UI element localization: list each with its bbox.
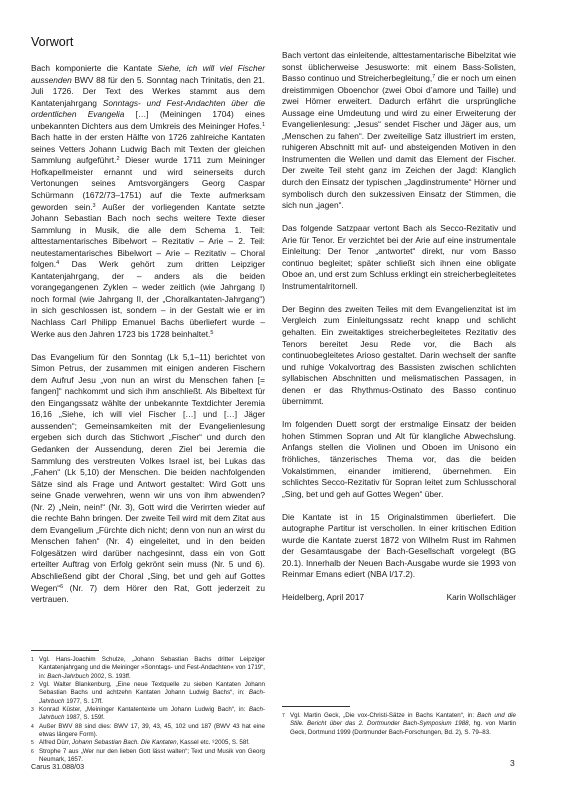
page-title: Vorwort — [31, 35, 73, 49]
footnote-text: Außer BWV 88 sind dies: BWV 17, 39, 43, … — [39, 723, 265, 740]
paragraph: Im folgenden Duett sorgt der erstmalige … — [282, 419, 516, 500]
paragraph: Bach vertont das einleitende, alttestame… — [282, 50, 516, 212]
signature: Heidelberg, April 2017 Karin Wollschläge… — [282, 592, 516, 604]
paragraph: Die Kantate ist in 15 Originalstimmen üb… — [282, 512, 516, 581]
footnote-text: Konrad Küster, „Meininger Kantatentexte … — [39, 706, 265, 723]
footnote-text: Vgl. Walter Blankenburg, „Eine neue Text… — [39, 681, 265, 706]
footnote-rule-right — [282, 706, 350, 707]
right-column: Bach vertont das einleitende, alttestame… — [282, 50, 516, 604]
footnote: 1Vgl. Hans-Joachim Schulze, „Johann Seba… — [31, 656, 265, 681]
footnote-rule-left — [31, 650, 99, 651]
document-page: Vorwort Bach komponierte die Kantate Sie… — [0, 0, 563, 800]
footnote: 5Alfred Dürr, Johann Sebastian Bach. Die… — [31, 739, 265, 747]
footnote-text: Vgl. Martin Geck, „Die vox-Christi-Sätze… — [290, 712, 516, 737]
footnote-ref: 5 — [210, 330, 213, 336]
signature-author: Karin Wollschläger — [447, 592, 516, 604]
footnote-ref: 7 — [432, 74, 435, 80]
page-number: 3 — [510, 758, 515, 768]
paragraph: Der Beginn des zweiten Teiles mit dem Ev… — [282, 304, 516, 408]
paragraph: Das folgende Satzpaar vertont Bach als S… — [282, 223, 516, 292]
footnote-number: 5 — [31, 739, 39, 747]
footnote-number: 2 — [31, 681, 39, 706]
footnote: 3Konrad Küster, „Meininger Kantatentexte… — [31, 706, 265, 723]
footnote-ref: 4 — [56, 260, 59, 266]
footnotes-left: 1Vgl. Hans-Joachim Schulze, „Johann Seba… — [31, 656, 265, 764]
footnote-text: Vgl. Hans-Joachim Schulze, „Johann Sebas… — [39, 656, 265, 681]
footnote: 4Außer BWV 88 sind dies: BWV 17, 39, 43,… — [31, 723, 265, 740]
footnote: 2Vgl. Walter Blankenburg, „Eine neue Tex… — [31, 681, 265, 706]
footnote-ref: 2 — [116, 156, 119, 162]
footnote-number: 1 — [31, 656, 39, 681]
paragraph: Das Evangelium für den Sonntag (Lk 5,1–1… — [31, 352, 265, 606]
footnote-ref: 6 — [60, 584, 63, 590]
footnote-ref: 1 — [262, 122, 265, 128]
footnotes-right: 7Vgl. Martin Geck, „Die vox-Christi-Sätz… — [282, 712, 516, 737]
catalog-number: Carus 31.088/03 — [31, 762, 84, 771]
paragraph: Bach komponierte die Kantate Siehe, ich … — [31, 63, 265, 340]
footnote: 7Vgl. Martin Geck, „Die vox-Christi-Sätz… — [282, 712, 516, 737]
footnote-number: 4 — [31, 723, 39, 740]
footnote-number: 3 — [31, 706, 39, 723]
left-column: Bach komponierte die Kantate Siehe, ich … — [31, 63, 265, 606]
footnote-number: 7 — [282, 712, 290, 737]
footnote-ref: 3 — [93, 203, 96, 209]
footnote-text: Alfred Dürr, Johann Sebastian Bach. Die … — [39, 739, 265, 747]
signature-place-date: Heidelberg, April 2017 — [282, 592, 364, 604]
